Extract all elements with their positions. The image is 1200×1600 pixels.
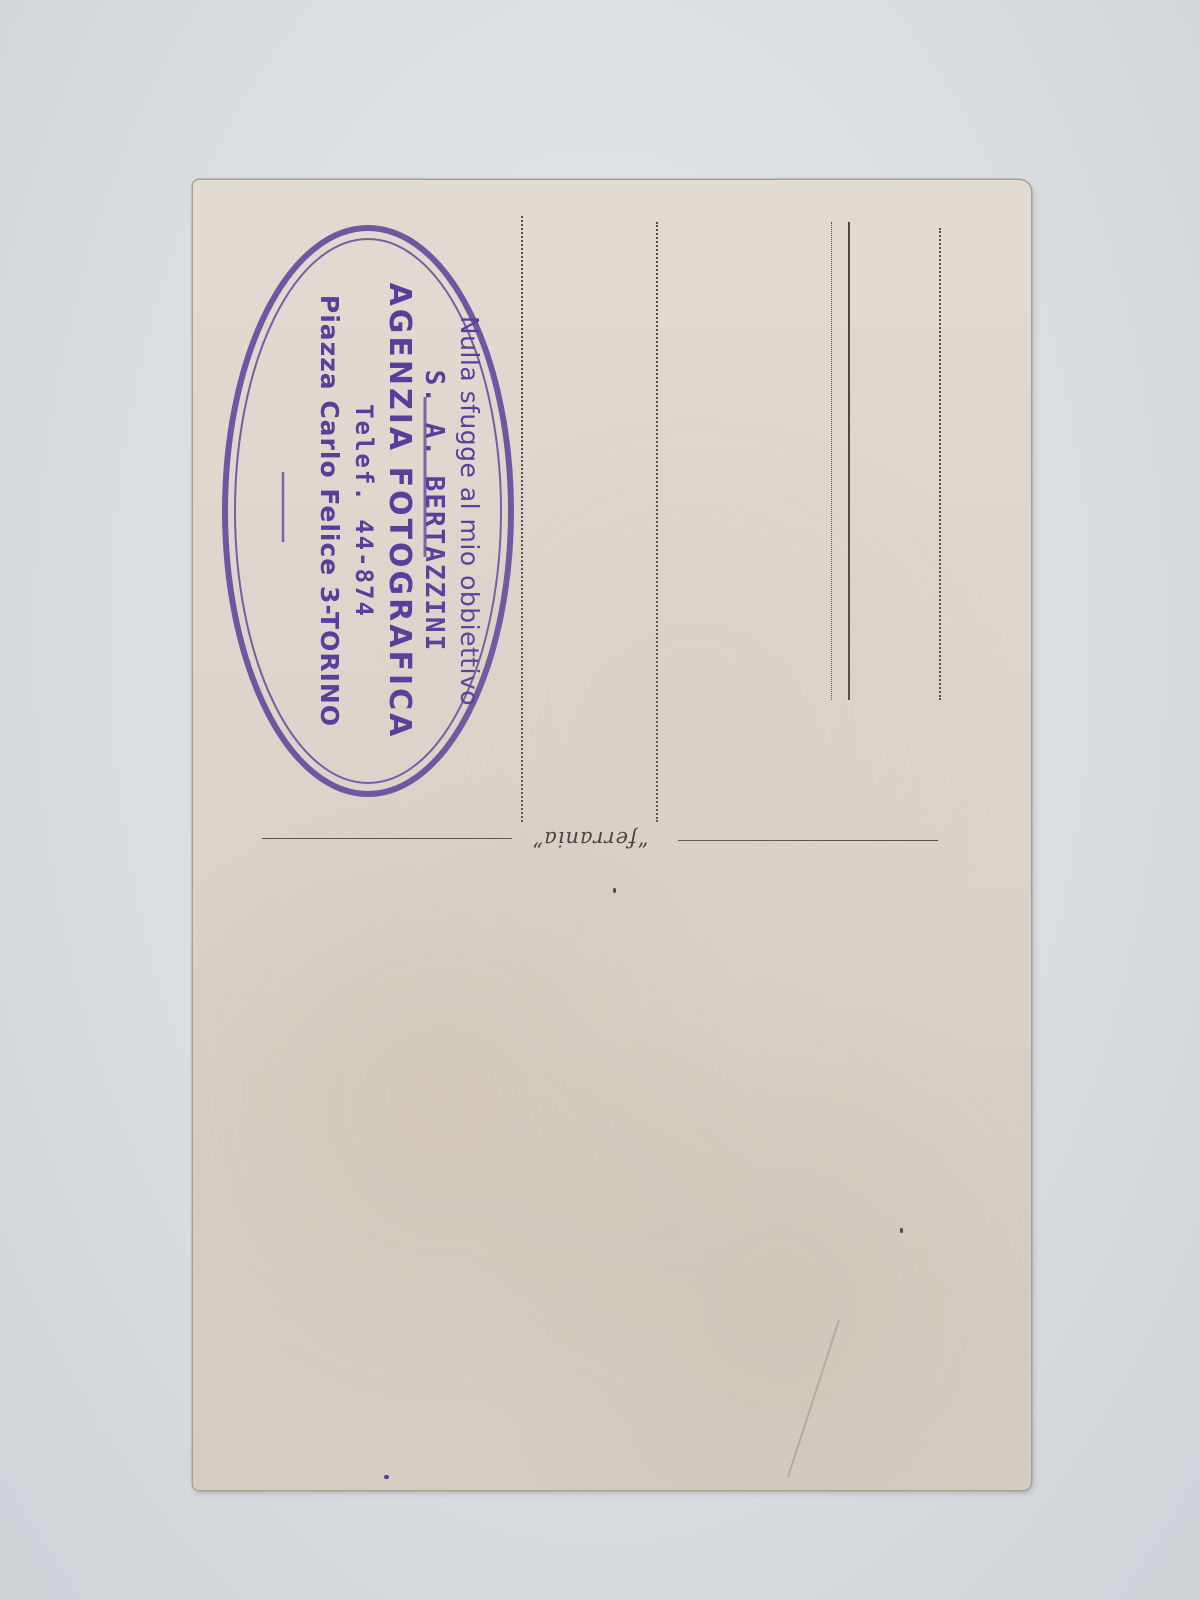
postcard-back: Nulla sfugge al mio obbiettivo S. A. BER… bbox=[193, 180, 1031, 1490]
photographer-stamp: Nulla sfugge al mio obbiettivo S. A. BER… bbox=[218, 222, 518, 800]
stamp-box-line-right bbox=[848, 222, 850, 700]
stamp-address: Piazza Carlo Felice 3-TORINO bbox=[310, 241, 348, 781]
stamp-box-line-far bbox=[939, 228, 941, 700]
horizontal-line-right bbox=[678, 840, 938, 841]
ink-speck bbox=[613, 888, 616, 893]
ink-speck bbox=[384, 1475, 389, 1479]
divider-line-2 bbox=[656, 222, 658, 822]
stamp-motto: Nulla sfugge al mio obbiettivo bbox=[450, 241, 488, 781]
horizontal-line-left bbox=[262, 838, 512, 839]
stamp-text: Nulla sfugge al mio obbiettivo S. A. BER… bbox=[248, 241, 488, 781]
ferrania-brand-mark: “ferrania” bbox=[511, 824, 669, 854]
stamp-box-line-left bbox=[831, 222, 832, 700]
card-crease bbox=[787, 1320, 840, 1478]
ink-speck bbox=[900, 1228, 903, 1233]
divider-line-1 bbox=[521, 216, 523, 822]
stamp-company: S. A. BERTAZZINI bbox=[418, 241, 450, 781]
stamp-agency: AGENZIA FOTOGRAFICA bbox=[380, 241, 418, 781]
stamp-phone: Telef. 44-874 bbox=[348, 241, 380, 781]
